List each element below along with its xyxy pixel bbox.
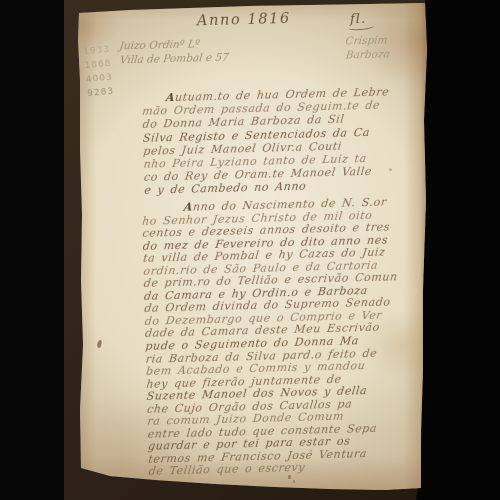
body-paragraph-1: Autuam.to de hua Ordem de Lebre mão Orde…: [141, 85, 391, 197]
manuscript-photo: Anno 1816 fl. Crispim Barboza Juizo Ordi…: [0, 0, 500, 500]
case-heading-line: Villa de Pombal e 57: [119, 50, 229, 67]
year-heading: Anno 1816: [197, 11, 291, 29]
ink-speck: [288, 475, 291, 479]
corner-annotation: Crispim Barboza: [344, 33, 389, 62]
margin-number: 9283: [87, 85, 115, 102]
case-heading: Juizo Ordinº Lº Villa de Pombal e 57: [118, 37, 228, 68]
folio-underline-flourish: [348, 23, 374, 31]
handwriting-layer: Anno 1816 fl. Crispim Barboza Juizo Ordi…: [0, 0, 500, 500]
ink-speck: [293, 480, 295, 483]
corner-annotation-line: Barboza: [345, 47, 390, 62]
ink-speck: [389, 168, 392, 171]
corner-annotation-line: Crispim: [345, 33, 390, 48]
ink-blot: [97, 340, 102, 349]
archive-margin-numbers: 1933 1868 4003 9283: [83, 43, 115, 101]
body-paragraph-2: Anno do Nascimento de N. S.or ho Senhor …: [141, 196, 402, 479]
